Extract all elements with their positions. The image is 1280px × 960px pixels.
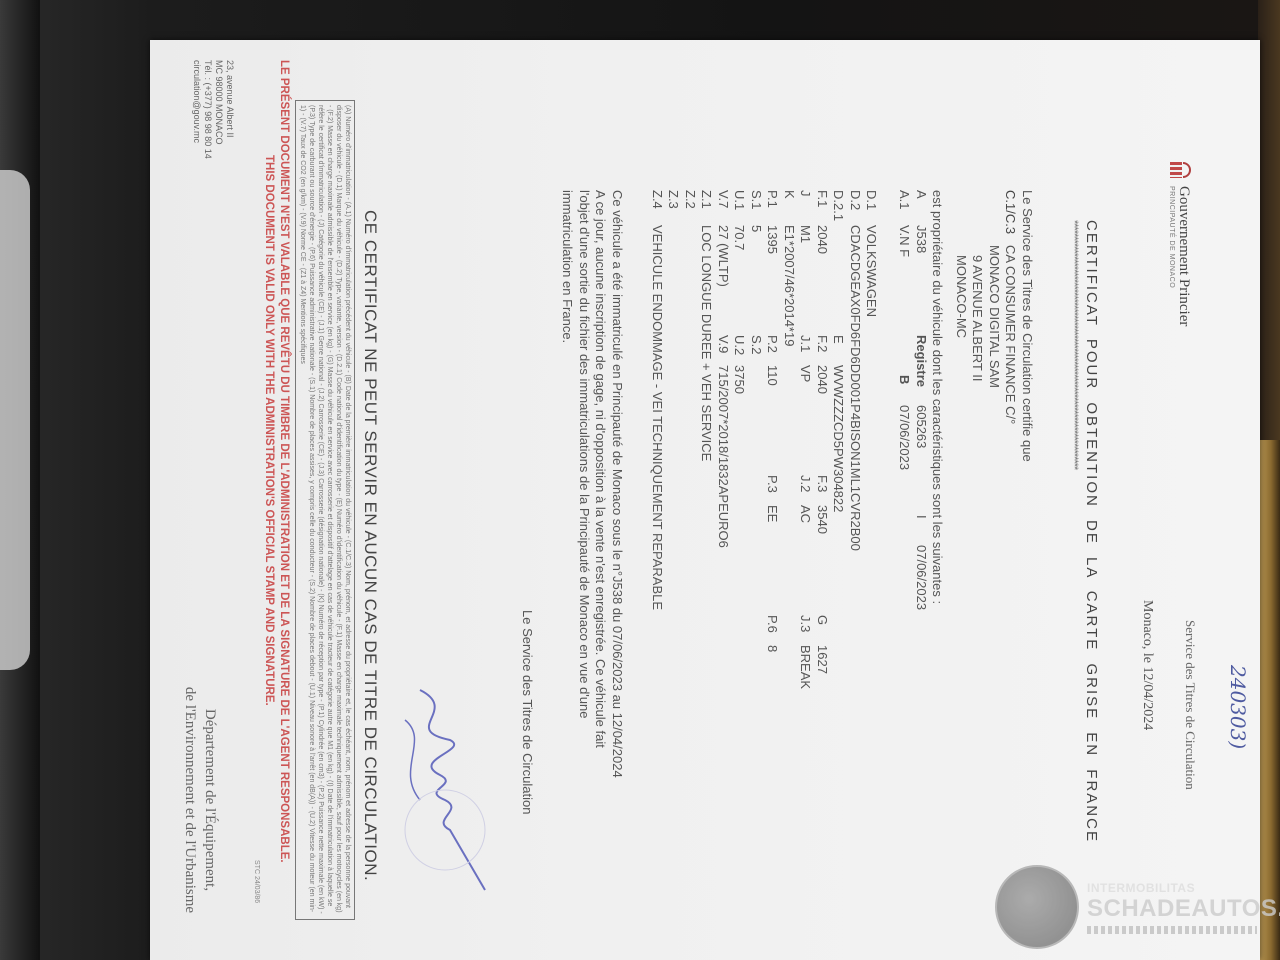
owner-line: MONACO DIGITAL SAM: [986, 245, 1003, 424]
field-value: [748, 585, 765, 695]
field-value: [649, 445, 666, 555]
field-value: 605263: [913, 405, 930, 515]
field-row: V.727 (WLTP)V.9715/2007*2018/1832APEURO6: [715, 190, 732, 890]
paragraph-line: A ce jour, aucune inscription de gage, n…: [592, 190, 609, 890]
field-value: VOLKSWAGEN: [863, 225, 880, 335]
handwritten-reference: 240303): [1226, 665, 1250, 749]
phone: Tél. : (+377) 98 98 80 14: [202, 60, 213, 159]
certificate-body: Le Service des Titres de Circulation cer…: [649, 190, 1036, 890]
field-row: A.1V.N FB07/06/2023: [896, 190, 913, 890]
background-wood: [1258, 0, 1280, 440]
watermark-brand: SCHADEAUTOS.NL: [1087, 895, 1280, 923]
org-subtitle: PRINCIPAUTÉ DE MONACO: [1168, 186, 1175, 326]
service-header: Service des Titres de Circulation: [1182, 620, 1198, 790]
field-value: E1*2007/46*2014*19: [781, 225, 798, 335]
field-code: P.2: [764, 335, 781, 365]
not-a-circulation-title-warning: CE CERTIFICAT NE PEUT SERVIR EN AUCUN CA…: [360, 210, 380, 881]
field-code: S.2: [748, 335, 765, 365]
field-code: K: [781, 190, 798, 225]
field-code: J: [797, 190, 814, 225]
owner-line: MONACO-MC: [953, 245, 970, 424]
owner-lines: CA CONSUMER FINANCE C/° MONACO DIGITAL S…: [953, 245, 1019, 424]
signature-label: Le Service des Titres de Circulation: [519, 610, 536, 814]
intro-line-2: est propriétaire du véhicule dont les ca…: [929, 190, 946, 890]
field-value: [748, 475, 765, 585]
field-value: [880, 555, 897, 665]
field-code: Z.3: [665, 190, 682, 225]
field-value: 715/2007*2018/1832APEURO6: [715, 365, 732, 475]
field-value: [913, 655, 930, 765]
watermark-dots: [1087, 926, 1257, 934]
field-value: [863, 555, 880, 665]
field-value: [847, 555, 864, 665]
field-value: [682, 225, 699, 335]
field-value: [830, 225, 847, 335]
field-value: [830, 475, 847, 585]
department-name: Département de l'Équipement, de l'Enviro…: [180, 680, 220, 920]
vehicle-fields: AJ538Registre605263I07/06/2023A.1V.N FB0…: [649, 190, 930, 890]
field-value: [698, 555, 715, 665]
intro-line: Le Service des Titres de Circulation cer…: [1019, 190, 1036, 890]
field-value: [731, 475, 748, 585]
validity-notice-fr: LE PRÉSENT DOCUMENT N'EST VALABLE QUE RE…: [278, 60, 290, 863]
field-code: A: [913, 190, 930, 225]
owner-line: CA CONSUMER FINANCE C/°: [1002, 245, 1019, 424]
field-value: [781, 335, 798, 445]
field-value: J538: [913, 225, 930, 335]
field-value: 27 (WLTP): [715, 225, 732, 335]
field-value: [698, 445, 715, 555]
address-line: MC 98000 MONACO: [213, 60, 224, 159]
owner-code: C.1/C.3: [953, 190, 1019, 245]
field-code: V.7: [715, 190, 732, 225]
field-value: 2040: [814, 225, 831, 335]
watermark-small: INTERMOBILITAS: [1087, 881, 1280, 895]
field-value: BREAK: [797, 645, 814, 755]
field-code: B: [896, 375, 913, 405]
field-value: [698, 335, 715, 445]
field-row: AJ538Registre605263I07/06/2023: [913, 190, 930, 890]
address-line: 23, avenue Albert II: [224, 60, 235, 159]
field-value: [863, 335, 880, 445]
field-value: 8: [764, 645, 781, 755]
field-code: D.1: [863, 190, 880, 225]
field-value: [649, 555, 666, 665]
org-name: Gouvernement Princier: [1175, 186, 1192, 326]
field-value: [896, 515, 913, 625]
title-underline-stars: ****************************************…: [1068, 220, 1080, 469]
field-value: 3540: [814, 505, 831, 615]
field-code: P.6: [764, 615, 781, 645]
field-value: WVWZZZCD5PW304822: [830, 365, 847, 475]
field-code: F.3: [814, 475, 831, 505]
field-value: [863, 445, 880, 555]
owner-block: C.1/C.3 CA CONSUMER FINANCE C/° MONACO D…: [953, 190, 1019, 890]
field-value: AC: [797, 505, 814, 615]
field-value: VEHICULE ENDOMMAGE - VEI TECHNIQUEMENT R…: [649, 225, 666, 335]
field-row: Z.2: [682, 190, 699, 890]
field-value: V.N F: [896, 225, 913, 335]
field-code: F.2: [814, 335, 831, 365]
email: circulation@gouv.mc: [191, 60, 202, 159]
field-code: F.1: [814, 190, 831, 225]
field-value: [781, 555, 798, 665]
field-code: U.2: [731, 335, 748, 365]
field-code: J.2: [797, 475, 814, 505]
field-value: [880, 445, 897, 555]
field-value: [649, 335, 666, 445]
field-value: [682, 555, 699, 665]
field-value: 5: [748, 225, 765, 335]
signature-scribble-icon: [380, 680, 490, 900]
field-value: [665, 555, 682, 665]
field-value: [731, 585, 748, 695]
government-logo: Gouvernement Princier PRINCIPAUTÉ DE MON…: [1168, 160, 1192, 326]
field-code: Z.4: [649, 190, 666, 225]
field-row: Z.3: [665, 190, 682, 890]
globe-icon: [995, 865, 1079, 949]
field-row: S.15S.2: [748, 190, 765, 890]
field-code: U.1: [731, 190, 748, 225]
department-line: Département de l'Équipement,: [200, 680, 220, 920]
field-row: F.12040F.22040F.33540G1627: [814, 190, 831, 890]
field-row: Z.1LOC LONGUE DUREE + VEH SERVICE: [698, 190, 715, 890]
field-value: [715, 585, 732, 695]
contact-address: 23, avenue Albert II MC 98000 MONACO Tél…: [191, 60, 235, 159]
field-row: [880, 190, 897, 890]
field-code: I: [913, 515, 930, 545]
field-code: J.1: [797, 335, 814, 365]
paragraph-line: l'objet d'une sortie du fichier des imma…: [576, 190, 593, 890]
place-date: Monaco, le 12/04/2024: [1139, 600, 1155, 730]
field-code: P.3: [764, 475, 781, 505]
crown-icon: [1169, 160, 1191, 180]
paragraph-line: immatriculation en France.: [559, 190, 576, 890]
field-value: [665, 445, 682, 555]
field-row: D.2.1EWVWZZZCD5PW304822: [830, 190, 847, 890]
field-value: VP: [797, 365, 814, 475]
field-value: [880, 225, 897, 335]
field-code: Z.1: [698, 190, 715, 225]
department-line: de l'Environnement et de l'Urbanisme: [180, 680, 200, 920]
field-value: LOC LONGUE DUREE + VEH SERVICE: [698, 225, 715, 335]
field-value: 70.7: [731, 225, 748, 335]
field-value: [880, 335, 897, 445]
field-row: U.170.7U.23750: [731, 190, 748, 890]
field-row: D.1VOLKSWAGEN: [863, 190, 880, 890]
field-code: Z.2: [682, 190, 699, 225]
field-row: JM1J.1VPJ.2ACJ.3BREAK: [797, 190, 814, 890]
owner-line: 9 AVENUE ALBERT II: [969, 245, 986, 424]
field-row: D.2CDACDGEAX0FD6FD6DD001P4BISON1ML1CVR2B…: [847, 190, 864, 890]
paragraph-line: Ce véhicule a été immatriculé en Princip…: [609, 190, 626, 890]
field-code: A.1: [896, 190, 913, 225]
field-value: 110: [764, 365, 781, 475]
field-code: G: [814, 615, 831, 645]
field-code: V.9: [715, 335, 732, 365]
field-value: [665, 225, 682, 335]
field-value: [748, 365, 765, 475]
field-code: S.1: [748, 190, 765, 225]
field-code: E: [830, 335, 847, 365]
watermark: INTERMOBILITAS SCHADEAUTOS.NL: [995, 865, 1280, 949]
field-code: J.3: [797, 615, 814, 645]
validity-notice-en: THIS DOCUMENT IS VALID ONLY WITH THE ADM…: [263, 155, 275, 706]
field-value: [781, 445, 798, 555]
field-row: P.11395P.2110P.3EEP.68: [764, 190, 781, 890]
field-value: [830, 585, 847, 695]
field-value: [682, 445, 699, 555]
field-value: 2040: [814, 365, 831, 475]
field-code: D.2: [847, 190, 864, 225]
background-object: [0, 170, 30, 670]
field-value: M1: [797, 225, 814, 335]
field-value: 1627: [814, 645, 831, 755]
field-value: [847, 445, 864, 555]
certificate-document: 240303) Service des Titres de Circulatio…: [150, 40, 1260, 960]
field-code: Registre: [913, 335, 930, 405]
field-value: [665, 335, 682, 445]
field-value: [847, 335, 864, 445]
field-value: 3750: [731, 365, 748, 475]
field-value: CDACDGEAX0FD6FD6DD001P4BISON1ML1CVR2B00: [847, 225, 864, 335]
field-value: 1395: [764, 225, 781, 335]
field-row: Z.4VEHICULE ENDOMMAGE - VEI TECHNIQUEMEN…: [649, 190, 666, 890]
field-value: [715, 475, 732, 585]
field-code: D.2.1: [830, 190, 847, 225]
registration-paragraph: Ce véhicule a été immatriculé en Princip…: [559, 190, 625, 890]
field-code: [880, 190, 897, 225]
field-row: KE1*2007/46*2014*19: [781, 190, 798, 890]
field-value: [682, 335, 699, 445]
field-value: EE: [764, 505, 781, 615]
document-title: CERTIFICAT POUR OBTENTION DE LA CARTE GR…: [1083, 220, 1100, 843]
field-value: 07/06/2023: [896, 405, 913, 515]
form-reference: STC 24/03/86: [253, 860, 260, 903]
field-legend-note: (A) Numéro d'immatriculation - (A.1) Num…: [295, 100, 355, 920]
field-value: 07/06/2023: [913, 545, 930, 655]
field-value: [896, 625, 913, 735]
field-code: P.1: [764, 190, 781, 225]
